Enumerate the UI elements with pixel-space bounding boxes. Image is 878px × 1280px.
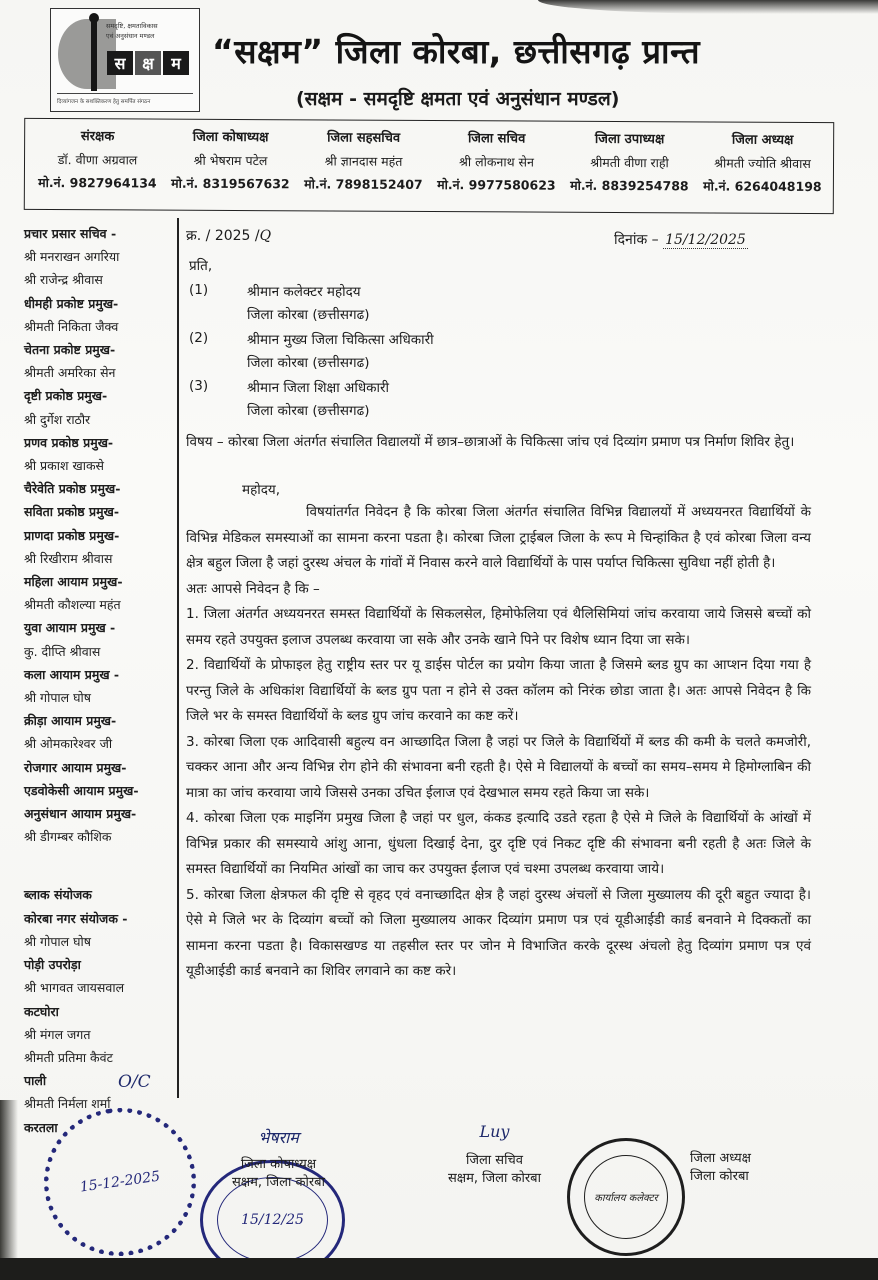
oc-note: O/C	[118, 1072, 151, 1092]
request-point: 4. कोरबा जिला एक माइनिंग प्रमुख जिला है …	[186, 806, 811, 883]
member-name: श्री मनराखन अगरिया	[24, 245, 182, 268]
office-bearer: जिला उपाध्यक्षश्रीमती वीणा राहीमो.नं. 88…	[563, 128, 696, 213]
spacer	[24, 871, 182, 883]
date-label: दिनांक –	[614, 232, 659, 248]
office-bearer: जिला सचिवश्री लोकनाथ सेनमो.नं. 997758062…	[430, 127, 563, 212]
recipient-num: (2)	[189, 330, 208, 346]
bearer-role: संरक्षक	[31, 125, 164, 149]
member-name: श्री डीगम्बर कौशिक	[24, 825, 182, 848]
bearer-role: जिला कोषाध्यक्ष	[164, 126, 297, 150]
member-role: कोरबा नगर संयोजक -	[24, 907, 182, 930]
bearer-role: जिला उपाध्यक्ष	[563, 128, 696, 152]
bearer-name: श्रीमती ज्योति श्रीवास	[696, 151, 829, 175]
member-name: श्रीमती निकिता जैक्व	[24, 315, 182, 338]
member-role: प्राणदा प्रकोष्ठ प्रमुख-	[24, 524, 182, 547]
member-name: कु. दीप्ति श्रीवास	[24, 640, 182, 663]
date-value: 15/12/2025	[663, 232, 748, 249]
recipient: (1)श्रीमान कलेक्टर महोदयजिला कोरबा (छत्त…	[189, 282, 689, 330]
bearer-name: श्री भेषराम पटेल	[164, 149, 297, 173]
request-point: 1. जिला अंतर्गत अध्ययनरत समस्त विद्यार्थ…	[186, 602, 811, 653]
recipient-num: (1)	[189, 282, 208, 298]
member-name: श्री रिखीराम श्रीवास	[24, 547, 182, 570]
member-role: कटघोरा	[24, 1000, 182, 1023]
request-point: 3. कोरबा जिला एक आदिवासी बहुल्य वन आच्छा…	[186, 730, 811, 807]
president-signature: जिला अध्यक्ष जिला कोरबा	[690, 1148, 751, 1184]
signatory-role: जिला कोषाध्यक्ष	[232, 1154, 325, 1172]
spacer	[24, 848, 182, 871]
bearer-phone: मो.नं. 8319567632	[164, 172, 297, 196]
logo-footer: दिव्यांगजन के सशक्तिकरण हेतु समर्पित संग…	[57, 97, 150, 105]
salutation: महोदय,	[242, 480, 280, 498]
signatory-org: जिला कोरबा	[690, 1166, 751, 1184]
member-name: श्री ओमकारेश्वर जी	[24, 732, 182, 755]
recipient-line1: श्रीमान जिला शिक्षा अधिकारी	[247, 378, 389, 396]
member-name: श्रीमती कौशल्या महंत	[24, 593, 182, 616]
logo-letter: म	[163, 51, 189, 75]
bearer-role: जिला सचिव	[430, 127, 563, 151]
member-role: रोजगार आयाम प्रमुख-	[24, 756, 182, 779]
treasurer-signature: भेषराम जिला कोषाध्यक्ष सक्षम, जिला कोरबा	[232, 1126, 325, 1190]
member-role: प्रणव प्रकोष्ठ प्रमुख-	[24, 431, 182, 454]
signatory-role: जिला अध्यक्ष	[690, 1148, 751, 1166]
logo-person-icon	[91, 21, 97, 91]
member-name: श्रीमती अमरिका सेन	[24, 361, 182, 384]
bearer-role: जिला अध्यक्ष	[696, 128, 829, 152]
member-role: चेतना प्रकोष्ट प्रमुख-	[24, 338, 182, 361]
recipient-line1: श्रीमान मुख्य जिला चिकित्सा अधिकारी	[247, 330, 434, 348]
request-points: 1. जिला अंतर्गत अध्ययनरत समस्त विद्यार्थ…	[186, 602, 811, 985]
logo-letter: क्ष	[135, 51, 161, 75]
bearer-phone: मो.नं. 8839254788	[563, 174, 696, 198]
member-role: सविता प्रकोष्ठ प्रमुख-	[24, 500, 182, 523]
logo-divider	[57, 93, 193, 94]
member-role: चैरेवेति प्रकोष्ठ प्रमुख-	[24, 477, 182, 500]
logo-brand: स क्ष म	[107, 51, 189, 75]
member-role: दृष्टी प्रकोष्ठ प्रमुख-	[24, 384, 182, 407]
bearer-role: जिला सहसचिव	[297, 126, 430, 150]
office-bearer: जिला सहसचिवश्री ज्ञानदास महंतमो.नं. 7898…	[297, 126, 430, 211]
request-point: 2. विद्यार्थियों के प्रोफाइल हेतु राष्ट्…	[186, 653, 811, 730]
member-role: महिला आयाम प्रमुख-	[24, 570, 182, 593]
recipient-line2: जिला कोरबा (छत्तीसगढ)	[247, 353, 370, 371]
bearer-name: डॉ. वीणा अग्रवाल	[31, 148, 164, 172]
logo-tagline: समदृष्टि, क्षमताविकास	[106, 21, 158, 30]
bearer-name: श्री ज्ञानदास महंत	[297, 149, 430, 173]
to-label: प्रति,	[189, 256, 212, 274]
bearer-name: श्रीमती वीणा राही	[563, 151, 696, 175]
signature-scribble: Luy	[448, 1122, 541, 1150]
photo-background	[0, 1258, 878, 1280]
recipient-line1: श्रीमान कलेक्टर महोदय	[247, 282, 361, 300]
member-list: प्रचार प्रसार सचिव -श्री मनराखन अगरियाश्…	[24, 222, 182, 1139]
stamp-date: 15-12-2025	[79, 1168, 161, 1195]
signatory-org: सक्षम, जिला कोरबा	[448, 1168, 541, 1186]
request-lead: अतः आपसे निवेदन है कि –	[186, 577, 811, 603]
member-name: श्री गोपाल घोष	[24, 686, 182, 709]
recipient-line2: जिला कोरबा (छत्तीसगढ)	[247, 401, 370, 419]
bearer-phone: मो.नं. 6264048198	[696, 174, 829, 198]
column-divider	[177, 218, 179, 1098]
reference-number: क्र. / 2025 /Q	[186, 226, 271, 245]
member-role: पाली	[24, 1069, 182, 1092]
member-role: एडवोकेसी आयाम प्रमुख-	[24, 779, 182, 802]
bearer-name: श्री लोकनाथ सेन	[430, 150, 563, 174]
office-bearer: जिला कोषाध्यक्षश्री भेषराम पटेलमो.नं. 83…	[164, 126, 297, 211]
member-role: कला आयाम प्रमुख -	[24, 663, 182, 686]
bearer-phone: मो.नं. 9827964134	[31, 171, 164, 195]
recipient-line2: जिला कोरबा (छत्तीसगढ)	[247, 305, 370, 323]
saksham-logo: समदृष्टि, क्षमताविकास एवं अनुसंधान मण्डल…	[50, 8, 200, 112]
signatory-role: जिला सचिव	[448, 1150, 541, 1168]
secretary-signature: Luy जिला सचिव सक्षम, जिला कोरबा	[448, 1122, 541, 1186]
recipient: (3)श्रीमान जिला शिक्षा अधिकारीजिला कोरबा…	[189, 378, 689, 426]
member-name: श्री गोपाल घोष	[24, 930, 182, 953]
member-role: पोड़ी उपरोड़ा	[24, 953, 182, 976]
bearer-phone: मो.नं. 9977580623	[430, 173, 563, 197]
member-name: श्री भागवत जायसवाल	[24, 976, 182, 999]
member-role: प्रचार प्रसार सचिव -	[24, 222, 182, 245]
recipient-num: (3)	[189, 378, 208, 394]
stamp-date: 15/12/25	[241, 1212, 304, 1228]
logo-letter: स	[107, 51, 133, 75]
letter-content: विषयांतर्गत निवेदन है कि कोरबा जिला अंतर…	[186, 500, 811, 985]
signature-scribble: भेषराम	[232, 1126, 325, 1154]
member-role: युवा आयाम प्रमुख -	[24, 616, 182, 639]
bearer-phone: मो.नं. 7898152407	[297, 172, 430, 196]
letter-date: दिनांक – 15/12/2025	[614, 230, 748, 249]
member-name: श्री प्रकाश खाकसे	[24, 454, 182, 477]
recipient: (2)श्रीमान मुख्य जिला चिकित्सा अधिकारीजि…	[189, 330, 689, 378]
signatory-org: सक्षम, जिला कोरबा	[232, 1172, 325, 1190]
recipient-list: (1)श्रीमान कलेक्टर महोदयजिला कोरबा (छत्त…	[189, 282, 689, 426]
member-role: ब्लाक संयोजक	[24, 883, 182, 906]
member-name: श्रीमती प्रतिमा कैवंट	[24, 1046, 182, 1069]
stamp-text: कार्यालय कलेक्टर	[594, 1190, 657, 1204]
member-name: श्री दुर्गेश राठौर	[24, 408, 182, 431]
organization-subtitle: (सक्षम - समदृष्टि क्षमता एवं अनुसंधान मण…	[296, 85, 619, 111]
logo-tagline: एवं अनुसंधान मण्डल	[106, 31, 154, 40]
office-bearer: जिला अध्यक्षश्रीमती ज्योति श्रीवासमो.नं.…	[696, 128, 829, 213]
member-role: क्रीड़ा आयाम प्रमुख-	[24, 709, 182, 732]
member-role: अनुसंधान आयाम प्रमुख-	[24, 802, 182, 825]
member-role: धीमही प्रकोष्ट प्रमुख-	[24, 292, 182, 315]
photo-edge	[0, 1100, 18, 1280]
member-name: श्री मंगल जगत	[24, 1023, 182, 1046]
request-point: 5. कोरबा जिला क्षेत्रफल की दृष्टि से वृह…	[186, 883, 811, 985]
office-seal-stamp: कार्यालय कलेक्टर	[567, 1138, 685, 1256]
office-bearers-box: संरक्षकडॉ. वीणा अग्रवालमो.नं. 9827964134…	[24, 118, 834, 214]
handwritten-ref: Q	[260, 228, 271, 244]
intro-paragraph: विषयांतर्गत निवेदन है कि कोरबा जिला अंतर…	[186, 500, 811, 577]
organization-title: “सक्षम” जिला कोरबा, छत्तीसगढ़ प्रान्त	[212, 28, 832, 73]
letter-subject: विषय – कोरबा जिला अंतर्गत संचालित विद्या…	[186, 430, 811, 455]
office-bearer: संरक्षकडॉ. वीणा अग्रवालमो.नं. 9827964134	[31, 125, 164, 210]
member-name: श्री राजेन्द्र श्रीवास	[24, 268, 182, 291]
